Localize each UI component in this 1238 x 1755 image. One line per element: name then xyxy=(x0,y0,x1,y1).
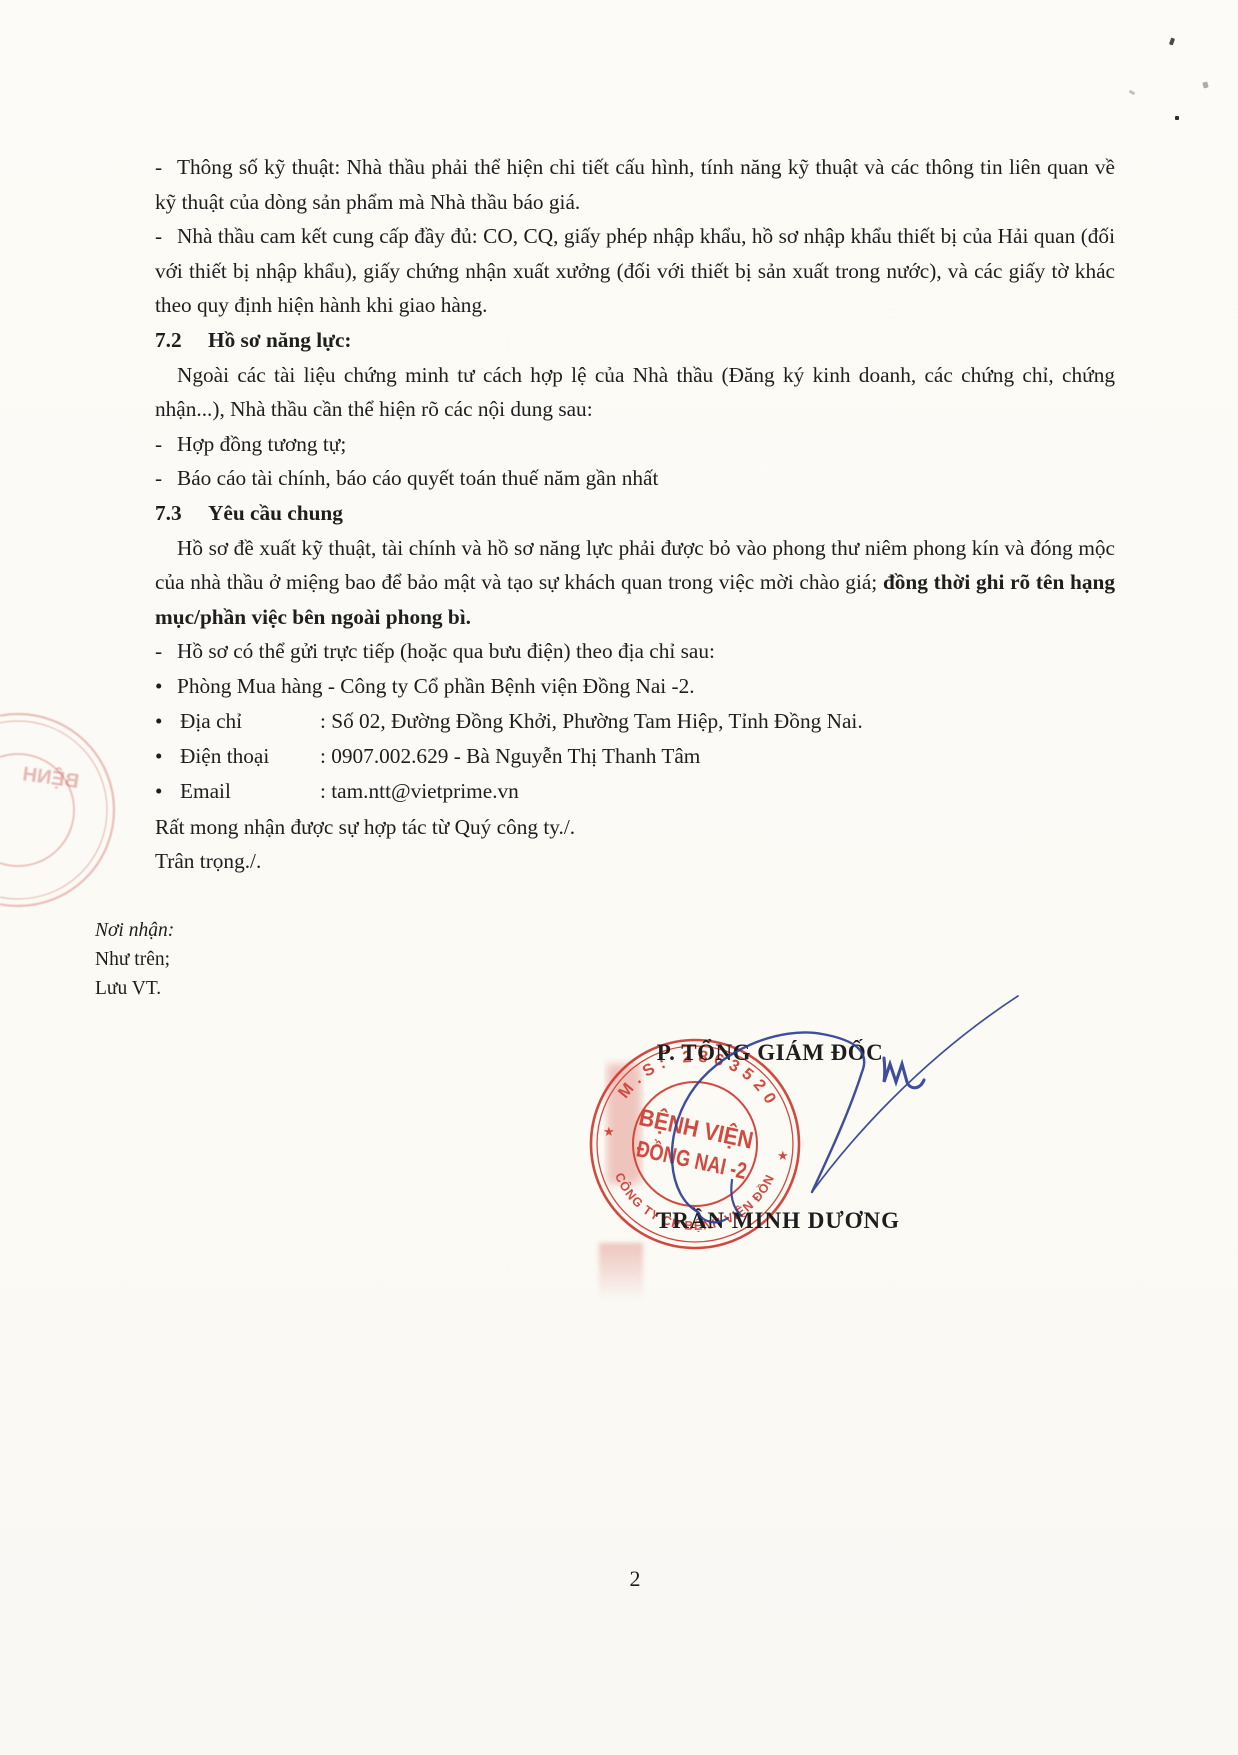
scan-speck xyxy=(1175,116,1179,120)
bullet-marker: • xyxy=(155,704,180,739)
contact-value: : Số 02, Đường Đồng Khởi, Phường Tam Hiệ… xyxy=(320,704,863,739)
signature-squiggle-stroke xyxy=(884,1058,924,1088)
bullet-marker: • xyxy=(155,774,180,809)
section-heading-7-2: 7.2Hồ sơ năng lực: xyxy=(155,323,1115,358)
dash-item-contracts: -Hợp đồng tương tự; xyxy=(155,427,1115,462)
bullet-marker: • xyxy=(155,669,177,704)
paragraph-7-2: Ngoài các tài liệu chứng minh tư cách hợ… xyxy=(155,358,1115,427)
bleed-outer-arc xyxy=(0,714,114,906)
paragraph-7-3: Hồ sơ đề xuất kỹ thuật, tài chính và hồ … xyxy=(155,531,1115,635)
contact-value: : tam.ntt@vietprime.vn xyxy=(320,774,519,809)
handwritten-signature xyxy=(640,980,1040,1260)
page-number: 2 xyxy=(600,1566,670,1592)
letter-body: -Thông số kỹ thuật: Nhà thầu phải thể hi… xyxy=(155,150,1115,879)
closing-regards-line: Trân trọng./. xyxy=(155,844,1115,879)
bullet-item-department: •Phòng Mua hàng - Công ty Cổ phần Bệnh v… xyxy=(155,669,1115,704)
signature-loop-stroke xyxy=(672,1032,864,1212)
dash-item-text: Hợp đồng tương tự; xyxy=(177,432,346,456)
section-title: Hồ sơ năng lực: xyxy=(208,328,352,352)
recipients-block: Nơi nhận: Như trên; Lưu VT. xyxy=(95,916,174,1003)
dash-marker: - xyxy=(155,427,177,462)
dash-item-tech-specs: -Thông số kỹ thuật: Nhà thầu phải thể hi… xyxy=(155,150,1115,219)
section-title: Yêu cầu chung xyxy=(208,501,343,525)
bullet-marker: • xyxy=(155,739,180,774)
recipients-line: Lưu VT. xyxy=(95,974,174,1003)
dash-marker: - xyxy=(155,150,177,185)
dash-marker: - xyxy=(155,634,177,669)
dash-marker: - xyxy=(155,461,177,496)
recipients-line: Như trên; xyxy=(95,945,174,974)
contact-row-address: • Địa chỉ : Số 02, Đường Đồng Khởi, Phườ… xyxy=(155,704,1115,739)
dash-item-text: Hồ sơ có thể gửi trực tiếp (hoặc qua bưu… xyxy=(177,639,715,663)
scan-speck xyxy=(1202,81,1208,88)
contact-label: Địa chỉ xyxy=(180,704,320,739)
dash-item-text: Thông số kỹ thuật: Nhà thầu phải thể hiệ… xyxy=(155,155,1115,214)
signature-sweep-stroke xyxy=(812,996,1018,1192)
dash-item-finance-report: -Báo cáo tài chính, báo cáo quyết toán t… xyxy=(155,461,1115,496)
closing-cooperation-line: Rất mong nhận được sự hợp tác từ Quý côn… xyxy=(155,810,1115,845)
dash-item-text: Nhà thầu cam kết cung cấp đầy đủ: CO, CQ… xyxy=(155,224,1115,317)
contact-label: Điện thoại xyxy=(180,739,320,774)
dash-item-send-address: -Hồ sơ có thể gửi trực tiếp (hoặc qua bư… xyxy=(155,634,1115,669)
bullet-item-text: Phòng Mua hàng - Công ty Cổ phần Bệnh vi… xyxy=(177,674,695,698)
signature-tail-stroke xyxy=(698,1180,742,1222)
contact-value: : 0907.002.629 - Bà Nguyễn Thị Thanh Tâm xyxy=(320,739,700,774)
recipients-heading: Nơi nhận: xyxy=(95,916,174,945)
section-heading-7-3: 7.3Yêu cầu chung xyxy=(155,496,1115,531)
stamp-ink-streak xyxy=(599,1243,643,1301)
dash-item-text: Báo cáo tài chính, báo cáo quyết toán th… xyxy=(177,466,658,490)
section-number: 7.3 xyxy=(155,496,208,531)
document-page: -Thông số kỹ thuật: Nhà thầu phải thể hi… xyxy=(0,0,1238,1755)
stamp-star-left: ★ xyxy=(603,1124,615,1139)
contact-row-email: • Email : tam.ntt@vietprime.vn xyxy=(155,774,1115,809)
dash-item-commitment: -Nhà thầu cam kết cung cấp đầy đủ: CO, C… xyxy=(155,219,1115,323)
bleed-mirrored-text: BỆNH xyxy=(21,761,80,793)
section-number: 7.2 xyxy=(155,323,208,358)
dash-marker: - xyxy=(155,219,177,254)
contact-label: Email xyxy=(180,774,320,809)
stamp-bleedthrough: BỆNH xyxy=(0,690,130,940)
scan-speck xyxy=(1129,90,1136,96)
scan-speck xyxy=(1169,38,1175,46)
contact-row-phone: • Điện thoại : 0907.002.629 - Bà Nguyễn … xyxy=(155,739,1115,774)
